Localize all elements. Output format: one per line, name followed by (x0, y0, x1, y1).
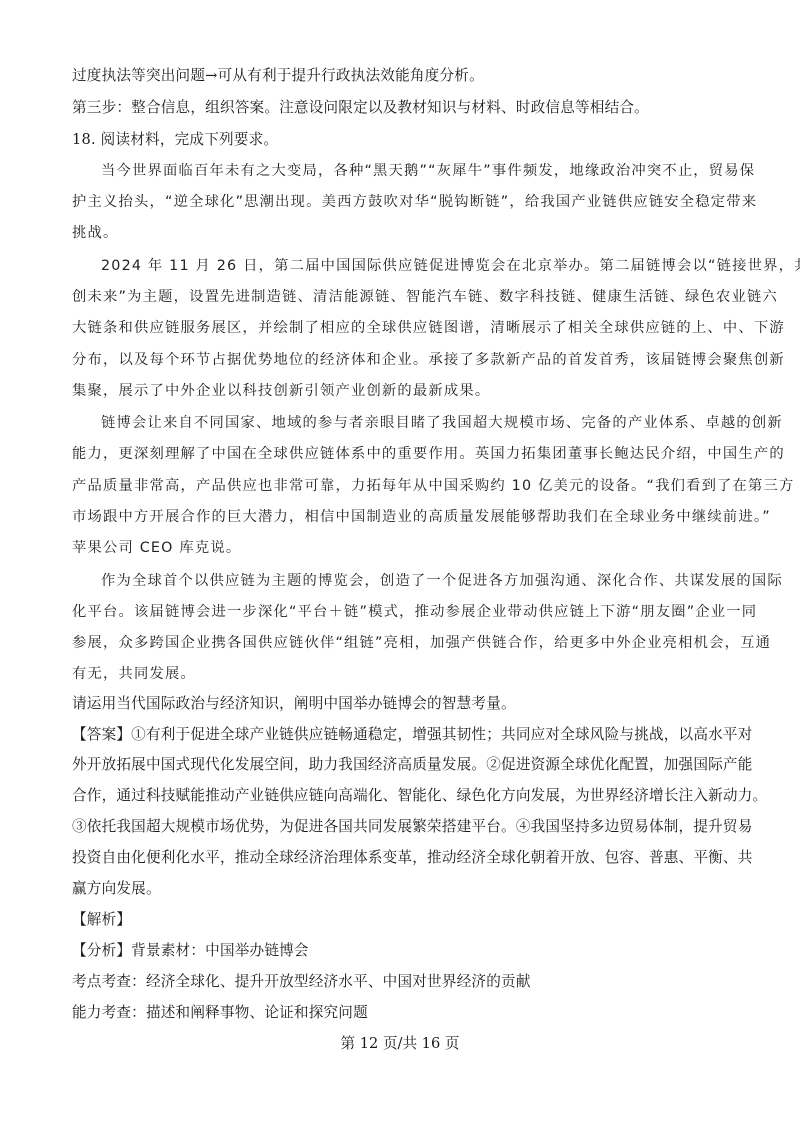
analysis-heading: 【解析】 (72, 910, 728, 930)
analysis-background: 【分析】背景素材：中国举办链博会 (72, 941, 728, 961)
material-line: 当今世界面临百年未有之大变局，各种“黑天鹅”“灰犀牛”事件频发，地缘政治冲突不止… (101, 161, 757, 181)
answer-line: 赢方向发展。 (72, 879, 728, 899)
material-line: 2024 年 11 月 26 日，第二届中国国际供应链促进博览会在北京举办。第二… (101, 256, 757, 276)
analysis-knowledge: 考点考查：经济全球化、提升开放型经济水平、中国对世界经济的贡献 (72, 972, 728, 992)
question-prompt: 请运用当代国际政治与经济知识，阐明中国举办链博会的智慧考量。 (72, 694, 728, 714)
answer-line: ③依托我国超大规模市场优势，为促进各国共同发展繁荣搭建平台。④我国坚持多边贸易体… (72, 817, 728, 837)
material-line: 市场跟中方开展合作的巨大潜力，相信中国制造业的高质量发展能够帮助我们在全球业务中… (72, 507, 728, 527)
material-line: 分布，以及每个环节占据优势地位的经济体和企业。承接了多款新产品的首发首秀，该届链… (72, 350, 728, 370)
material-line: 集聚，展示了中外企业以科技创新引领产业创新的最新成果。 (72, 381, 728, 401)
material-line: 产品质量非常高，产品供应也非常可靠，力拓每年从中国采购约 10 亿美元的设备。“… (72, 476, 728, 496)
material-line: 能力，更深刻理解了中国在全球供应链体系中的重要作用。英国力拓集团董事长鲍达民介绍… (72, 444, 728, 464)
intro-line: 过度执法等突出问题→可从有利于提升行政执法效能角度分析。 (72, 66, 728, 86)
document-page: 过度执法等突出问题→可从有利于提升行政执法效能角度分析。 第三步：整合信息，组织… (0, 0, 800, 1131)
material-line: 参展，众多跨国企业携各国供应链伙伴“组链”亮相，加强产供链合作，给更多中外企业亮… (72, 633, 728, 653)
step-three-text: 第三步：整合信息，组织答案。注意设问限定以及教材知识与材料、时政信息等相结合。 (72, 98, 728, 118)
answer-line: 【答案】①有利于促进全球产业链供应链畅通稳定，增强其韧性；共同应对全球风险与挑战… (72, 725, 728, 745)
answer-line: 外开放拓展中国式现代化发展空间，助力我国经济高质量发展。②促进资源全球优化配置，… (72, 755, 728, 775)
material-line: 有无，共同发展。 (72, 664, 728, 684)
material-line: 作为全球首个以供应链为主题的博览会，创造了一个促进各方加强沟通、深化合作、共谋发… (101, 571, 757, 591)
analysis-ability: 能力考查：描述和阐释事物、论证和探究问题 (72, 1003, 728, 1023)
answer-line: 投资自由化便利化水平，推动全球经济治理体系变革，推动经济全球化朝着开放、包容、普… (72, 848, 728, 868)
material-line: 大链条和供应链服务展区，并绘制了相应的全球供应链图谱，清晰展示了相关全球供应链的… (72, 318, 728, 338)
material-line: 苹果公司 CEO 库克说。 (72, 538, 728, 558)
material-line: 挑战。 (72, 223, 728, 243)
material-line: 创未来”为主题，设置先进制造链、清洁能源链、智能汽车链、数字科技链、健康生活链、… (72, 287, 728, 307)
material-line: 护主义抬头，“逆全球化”思潮出现。美西方鼓吹对华“脱钩断链”，给我国产业链供应链… (72, 192, 728, 212)
material-line: 链博会让来自不同国家、地域的参与者亲眼目睹了我国超大规模市场、完备的产业体系、卓… (101, 413, 757, 433)
question-heading: 18. 阅读材料，完成下列要求。 (72, 130, 728, 150)
material-line: 化平台。该届链博会进一步深化“平台＋链”模式，推动参展企业带动供应链上下游“朋友… (72, 602, 728, 622)
answer-line: 合作，通过科技赋能推动产业链供应链向高端化、智能化、绿色化方向发展，为世界经济增… (72, 786, 728, 806)
page-indicator: 第 12 页/共 16 页 (0, 1032, 800, 1053)
